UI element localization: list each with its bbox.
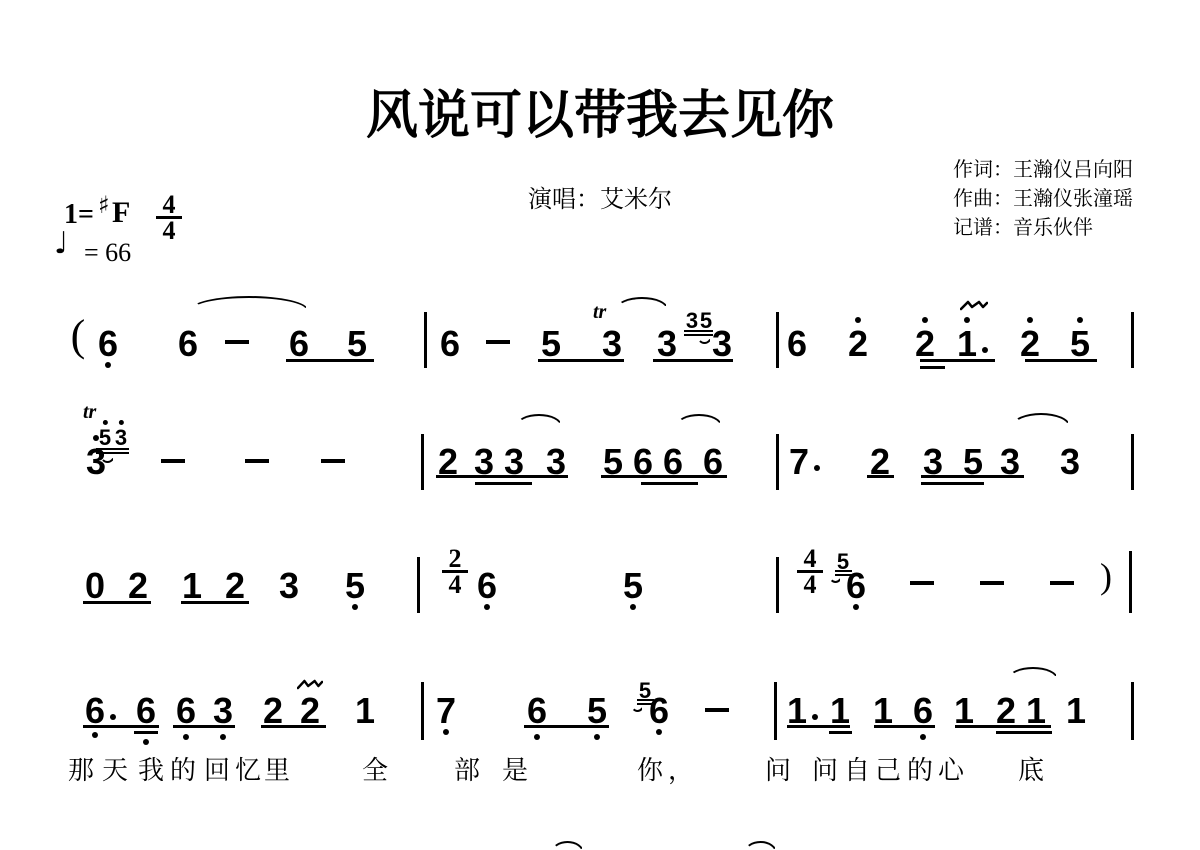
lyric-char: 我	[138, 757, 164, 783]
beam-line	[867, 475, 894, 478]
note: 1	[830, 693, 850, 729]
beam-line	[684, 330, 713, 332]
barline	[776, 312, 779, 368]
note: 3	[1060, 444, 1080, 480]
note: 7	[789, 444, 809, 480]
barline	[417, 557, 420, 613]
note: 1	[355, 693, 375, 729]
slur-arc	[676, 414, 722, 426]
beam-line	[261, 725, 326, 728]
note: 2	[848, 326, 868, 362]
note: 7	[436, 693, 456, 729]
note: 5	[541, 326, 561, 362]
beam-line	[920, 359, 995, 362]
lyric-char: 心	[938, 757, 964, 783]
octave-dot-below	[484, 604, 490, 610]
trill-mark: tr	[83, 402, 96, 422]
note: 6	[136, 693, 156, 729]
grace-note: 5	[700, 310, 712, 332]
octave-dot-below	[630, 604, 636, 610]
beam-line	[475, 482, 532, 485]
grace-note: 5	[99, 427, 111, 449]
note: 3	[213, 693, 233, 729]
grace-tie-arc	[829, 576, 842, 583]
lyric-char: 是	[502, 757, 528, 783]
beam-line	[641, 482, 698, 485]
note: 2	[915, 326, 935, 362]
slur-arc	[1012, 413, 1070, 426]
octave-dot-below	[920, 734, 926, 740]
beam-line	[436, 475, 568, 478]
mordent-mark	[960, 298, 988, 316]
beam-line	[83, 601, 151, 604]
note: 5	[1070, 326, 1090, 362]
beam-line	[134, 731, 158, 734]
barline	[421, 682, 424, 740]
note: 1	[182, 568, 202, 604]
augmentation-dot	[110, 714, 116, 720]
paren-mark: )	[1100, 558, 1112, 594]
grace-note: 3	[686, 310, 698, 332]
note: 6	[477, 568, 497, 604]
grace-tie-arc	[631, 705, 644, 712]
octave-dot-above	[119, 420, 124, 425]
octave-dot-above	[103, 420, 108, 425]
note: 5	[347, 326, 367, 362]
note: 2	[1020, 326, 1040, 362]
time-signature: 24	[439, 547, 471, 596]
octave-dot-below	[220, 734, 226, 740]
beam-line	[538, 359, 624, 362]
barline	[1131, 312, 1134, 368]
dash-extension	[1050, 581, 1074, 585]
slur-arc	[744, 841, 777, 850]
barline	[1131, 682, 1134, 740]
octave-dot-above	[1027, 317, 1033, 323]
beam-line	[829, 731, 852, 734]
note: 2	[128, 568, 148, 604]
octave-dot-below	[143, 739, 149, 745]
note: 6	[178, 326, 198, 362]
beam-line	[921, 475, 1024, 478]
dash-extension	[245, 459, 269, 463]
lyric-char: 回	[204, 757, 230, 783]
sheet-page: 风说可以带我去见你 演唱：艾米尔 作词：王瀚仪吕向阳 作曲：王瀚仪张潼瑶 记谱：…	[0, 0, 1200, 850]
beam-line	[173, 725, 235, 728]
beam-line	[601, 475, 727, 478]
note: 1	[1066, 693, 1086, 729]
dash-extension	[486, 340, 510, 344]
beam-line	[96, 452, 129, 454]
note: 0	[85, 568, 105, 604]
note: 1	[954, 693, 974, 729]
mordent-mark	[297, 677, 323, 695]
note: 3	[657, 326, 677, 362]
lyric-char: 问	[765, 757, 791, 783]
beam-line	[286, 359, 374, 362]
octave-dot-below	[183, 734, 189, 740]
note: 2	[263, 693, 283, 729]
paren-mark: (	[71, 314, 86, 358]
dash-extension	[161, 459, 185, 463]
slur-arc	[616, 297, 668, 309]
slur-arc	[190, 296, 308, 310]
augmentation-dot	[812, 714, 818, 720]
note: 1	[787, 693, 807, 729]
lyric-char: 忆	[235, 757, 261, 783]
octave-dot-above	[1077, 317, 1083, 323]
lyric-char: 那	[68, 757, 94, 783]
octave-dot-above	[964, 317, 970, 323]
time-signature: 44	[794, 547, 826, 596]
slur-arc	[516, 414, 562, 426]
trill-mark: tr	[593, 302, 606, 322]
lyric-char: 己	[875, 757, 901, 783]
augmentation-dot	[814, 465, 820, 471]
beam-line	[1025, 359, 1097, 362]
grace-tie-arc	[697, 336, 712, 344]
note: 2	[300, 693, 320, 729]
lyric-char: 部	[454, 757, 480, 783]
beam-line	[637, 699, 654, 701]
note: 6	[85, 693, 105, 729]
dash-extension	[705, 708, 729, 712]
slur-arc	[1008, 667, 1058, 679]
lyric-char: 你	[637, 757, 663, 783]
score-canvas: 6665653335362212535323335666723533021235…	[0, 0, 1200, 850]
beam-line	[955, 725, 1051, 728]
lyric-char: 问	[812, 757, 838, 783]
dash-extension	[910, 581, 934, 585]
barline	[1129, 551, 1132, 613]
octave-dot-below	[853, 604, 859, 610]
beam-line	[874, 725, 935, 728]
octave-dot-below	[656, 729, 662, 735]
octave-dot-below	[105, 362, 111, 368]
note: 6	[289, 326, 309, 362]
note: 3	[602, 326, 622, 362]
octave-dot-above	[922, 317, 928, 323]
note: 1	[1026, 693, 1046, 729]
beam-line	[524, 725, 609, 728]
note: 6	[787, 326, 807, 362]
note: 3	[712, 326, 732, 362]
beam-line	[181, 601, 249, 604]
barline	[421, 434, 424, 490]
beam-line	[996, 731, 1052, 734]
octave-dot-below	[92, 732, 98, 738]
note: 5	[345, 568, 365, 604]
augmentation-dot	[982, 347, 988, 353]
note: 2	[996, 693, 1016, 729]
note: 6	[440, 326, 460, 362]
octave-dot-below	[534, 734, 540, 740]
note: 2	[225, 568, 245, 604]
note: 3	[279, 568, 299, 604]
dash-extension	[225, 340, 249, 344]
barline	[776, 557, 779, 613]
barline	[424, 312, 427, 368]
beam-line	[83, 725, 159, 728]
lyric-char: 全	[362, 757, 388, 783]
beam-line	[787, 725, 850, 728]
lyric-char: 的	[907, 757, 933, 783]
octave-dot-below	[443, 729, 449, 735]
grace-note: 3	[115, 427, 127, 449]
dash-extension	[980, 581, 1004, 585]
octave-dot-above	[855, 317, 861, 323]
note: 1	[873, 693, 893, 729]
lyric-char: 里	[264, 757, 290, 783]
beam-line	[653, 359, 733, 362]
barline	[774, 682, 777, 740]
barline	[776, 434, 779, 490]
note: 5	[587, 693, 607, 729]
note: 5	[623, 568, 643, 604]
lyric-char: 天	[102, 757, 128, 783]
note: 6	[176, 693, 196, 729]
note: 6	[913, 693, 933, 729]
beam-line	[920, 366, 945, 369]
lyric-char: ，	[668, 757, 694, 783]
lyric-char: 的	[170, 757, 196, 783]
dash-extension	[321, 459, 345, 463]
lyric-char: 自	[844, 757, 870, 783]
octave-dot-below	[594, 734, 600, 740]
beam-line	[96, 448, 129, 450]
beam-line	[921, 482, 984, 485]
note: 6	[527, 693, 547, 729]
note: 1	[957, 326, 977, 362]
lyric-char: 底	[1018, 757, 1044, 783]
octave-dot-below	[352, 604, 358, 610]
slur-arc	[551, 841, 584, 850]
note: 6	[98, 326, 118, 362]
barline	[1131, 434, 1134, 490]
beam-line	[835, 570, 852, 572]
